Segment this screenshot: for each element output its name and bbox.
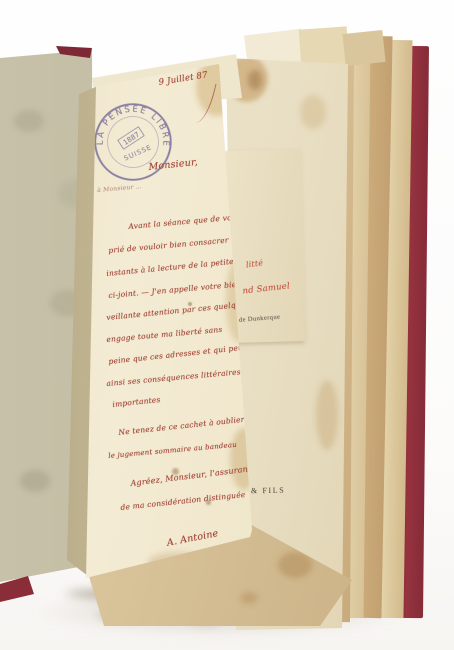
page-stain-1 <box>248 70 262 90</box>
letter-closing-line: de ma considération distinguée <box>120 490 246 512</box>
card-red-script-fragment-1: litté <box>245 258 263 269</box>
letter-signature: A. Antoine <box>166 528 219 549</box>
endpaper-mottle-3 <box>20 470 50 492</box>
inserted-card: litté nd Samuel de Dunkerque <box>226 149 307 343</box>
letter-body-line: ci-joint. — J'en appelle votre bien- <box>108 279 244 300</box>
page-corner-3 <box>342 30 385 66</box>
leaf-stain-2 <box>240 592 258 604</box>
publisher-imprint-text: & FILS <box>251 486 285 496</box>
page-stain-3 <box>300 95 326 129</box>
letter-body-line: ainsi ses conséquences littéraires fort <box>106 366 258 388</box>
endpaper-mottle-1 <box>14 110 44 132</box>
letter-closing-line: Ne tenez de ce cachet à oublier <box>118 415 245 437</box>
letter-body-line: peine que ces adresses et qui peut <box>108 343 247 366</box>
photo-of-open-book: & FILS litté nd Samuel de Dunkerque <box>0 0 454 650</box>
card-printed-town: de Dunkerque <box>239 314 281 324</box>
page-corner-2 <box>299 26 350 67</box>
leaf-stain-1 <box>278 552 312 578</box>
letter-body-line: importantes <box>112 395 161 409</box>
letter-body-line: instants à la lecture de la petite <box>106 257 234 278</box>
page-stain-2 <box>316 380 338 450</box>
letter-closing-line: le jugement sommaire au bandeau <box>108 441 237 460</box>
letter-body-line: Avant la séance que de vous <box>128 212 241 231</box>
card-red-script-fragment-2: nd Samuel <box>242 281 290 296</box>
letter-body-line: engage toute ma liberté sans <box>106 325 223 344</box>
